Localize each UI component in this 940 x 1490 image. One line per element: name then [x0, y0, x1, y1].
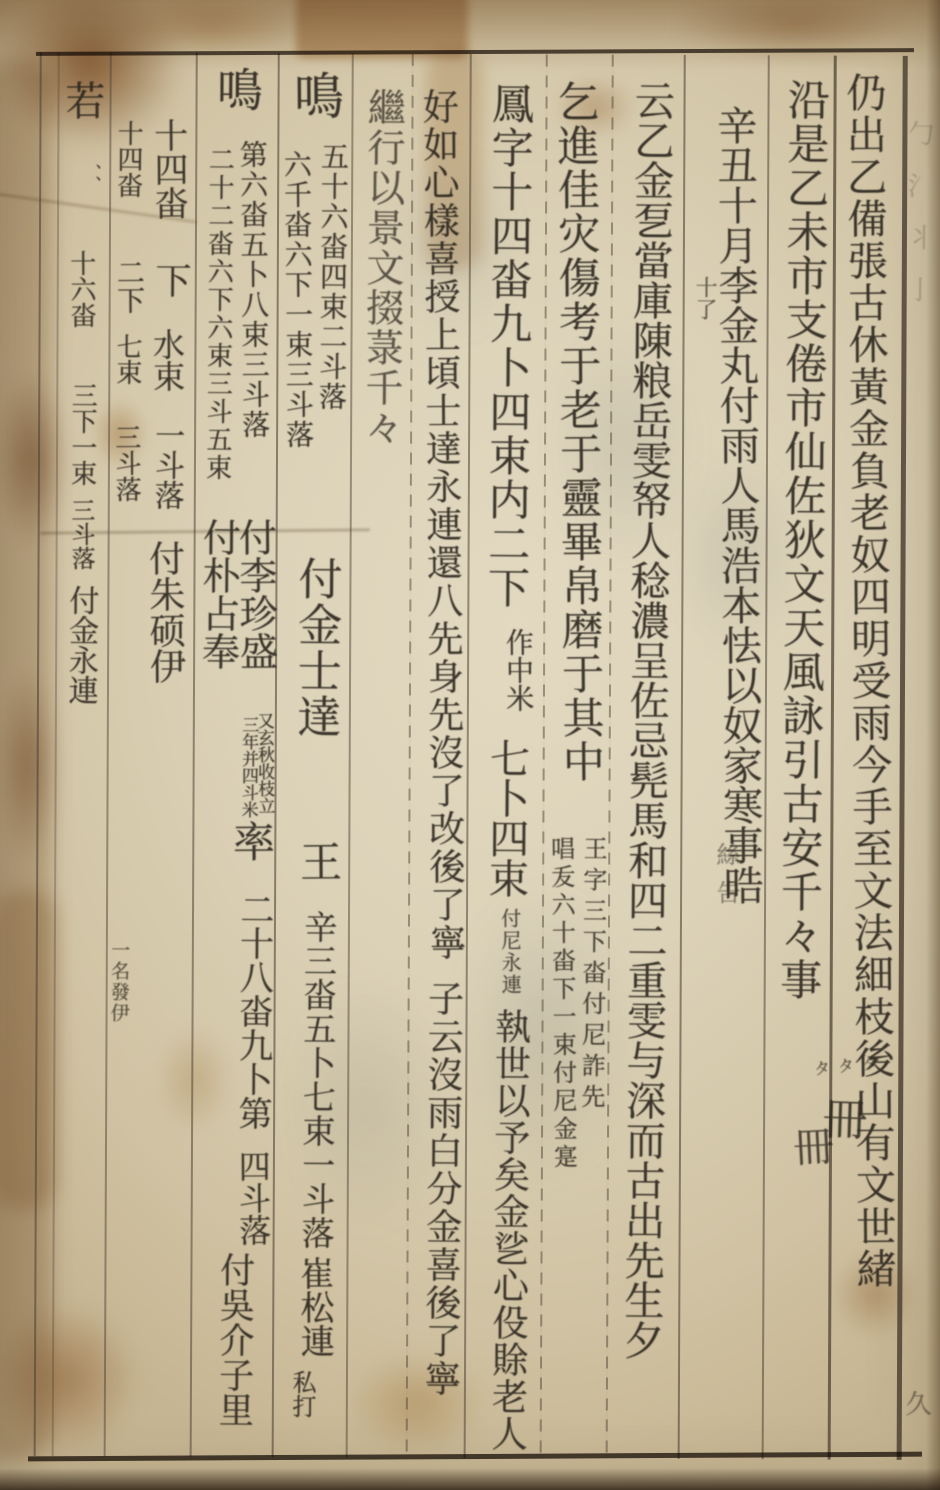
- page-bottom-edge: [0, 1468, 940, 1490]
- edge-layer: [0, 0, 940, 1490]
- page-right-edge: [926, 0, 940, 1490]
- manuscript-page: 仍出乙備張古休黃金負老奴四明受雨今手至文法細枝後山有文世緒沿是乙未市支倦市仙佐狄…: [0, 0, 940, 1490]
